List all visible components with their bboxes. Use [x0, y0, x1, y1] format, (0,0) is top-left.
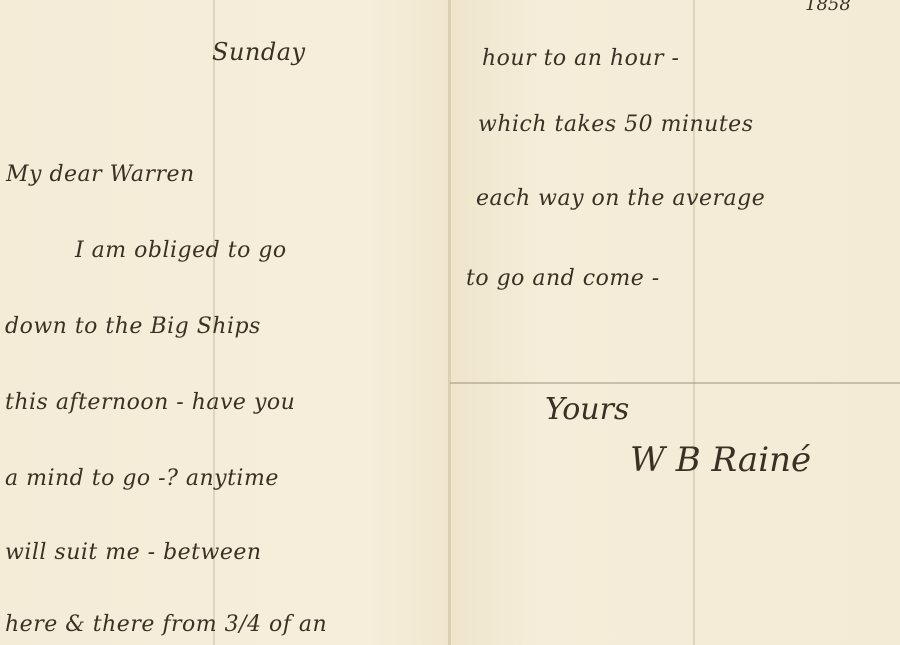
- letter-heading: Sunday: [212, 38, 306, 66]
- letter-salutation: My dear Warren: [6, 162, 195, 187]
- letter-line: will suit me - between: [5, 540, 262, 565]
- letter-line: down to the Big Ships: [5, 314, 261, 339]
- letter-line: which takes 50 minutes: [478, 112, 753, 137]
- letter-signature: W B Rainé: [630, 440, 811, 480]
- letter-line: to go and come -: [466, 266, 660, 291]
- fold-crease-horizontal: [450, 382, 900, 384]
- letter-line: a mind to go -? anytime: [5, 466, 279, 491]
- page-divider: [448, 0, 451, 645]
- letter-closing: Yours: [545, 392, 629, 427]
- letter-line: each way on the average: [476, 186, 765, 211]
- fold-crease-right: [693, 0, 695, 645]
- letter-line: hour to an hour -: [482, 46, 679, 71]
- letter-date: 1858: [805, 0, 851, 15]
- letter-line: I am obliged to go: [75, 238, 287, 263]
- letter-line: this afternoon - have you: [5, 390, 295, 415]
- letter-line: here & there from 3/4 of an: [5, 612, 327, 637]
